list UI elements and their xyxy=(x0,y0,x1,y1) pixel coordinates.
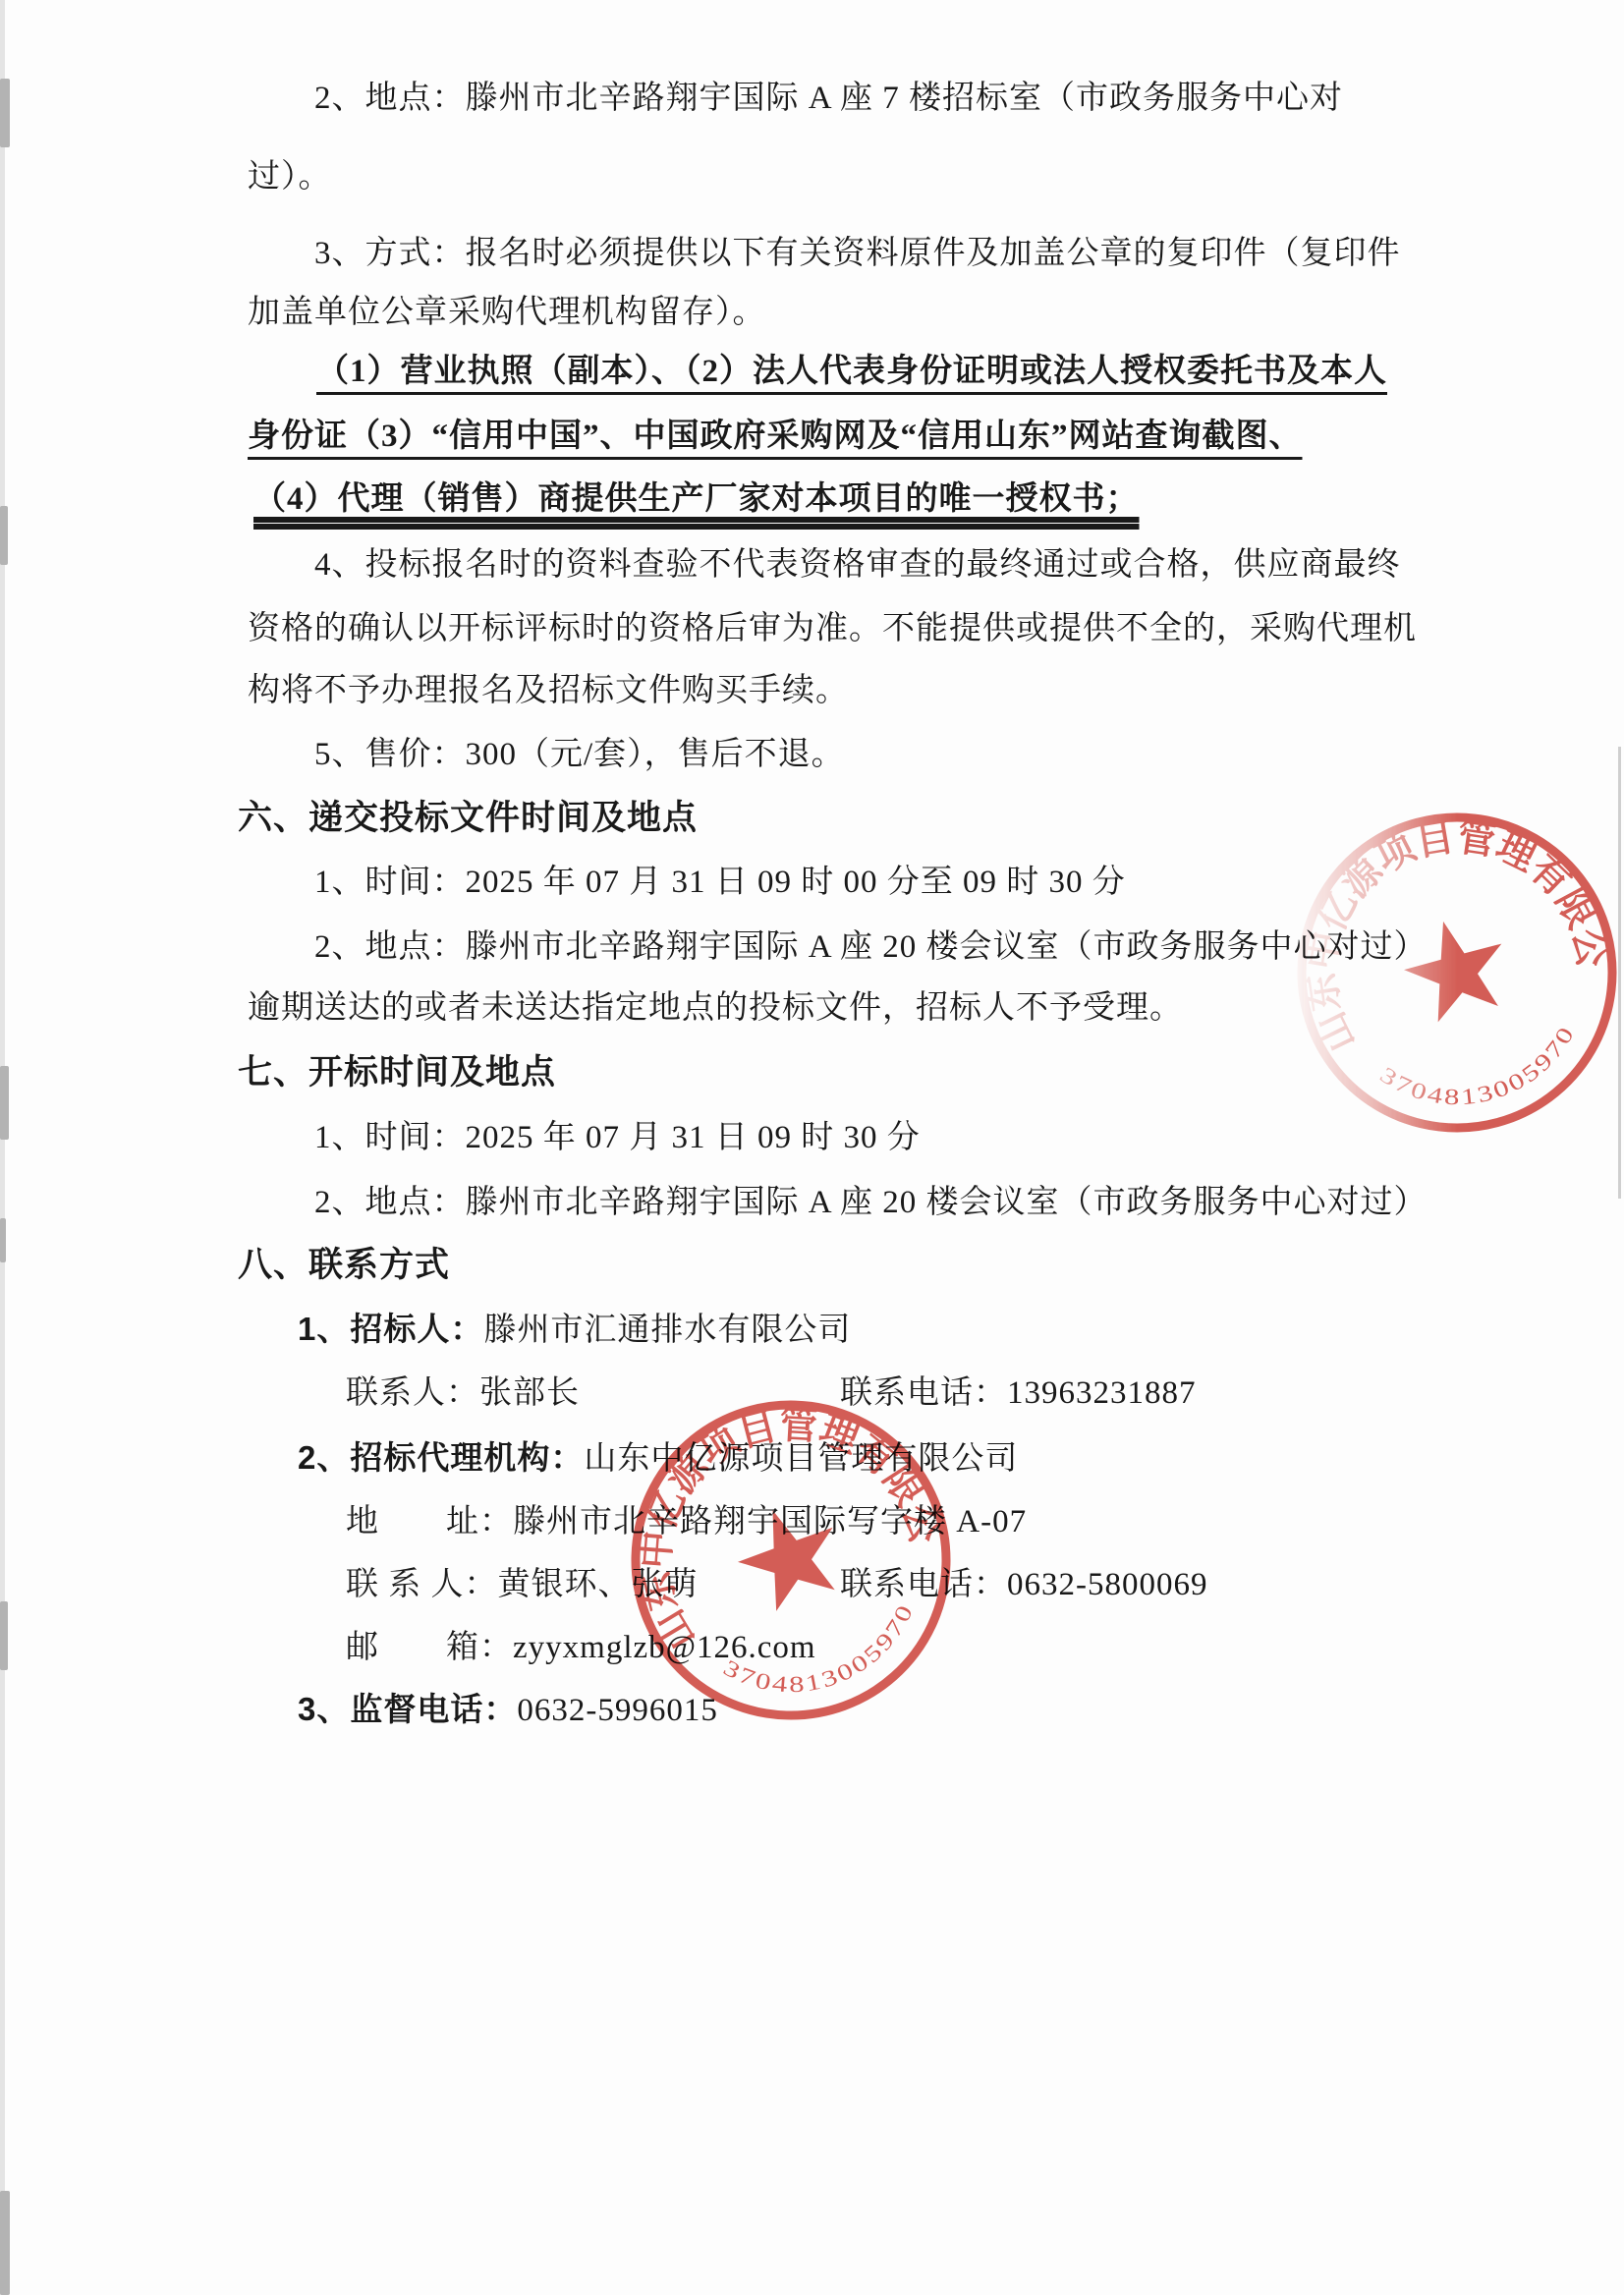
paragraph-line: 过）。 xyxy=(0,150,1624,203)
paragraph-line: 2、地点：滕州市北辛路翔宇国际 A 座 7 楼招标室（市政务服务中心对 xyxy=(0,72,1624,125)
stamp-star-icon xyxy=(725,1493,853,1618)
paragraph-line: 加盖单位公章采购代理机构留存）。 xyxy=(0,286,1624,339)
tenderer-row: 1、招标人：滕州市汇通排水有限公司 xyxy=(0,1303,1624,1356)
paragraph-line: 构将不予办理报名及招标文件购买手续。 xyxy=(0,664,1624,717)
paragraph-line: 5、售价：300（元/套），售后不退。 xyxy=(0,728,1624,781)
section7-location: 2、地点：滕州市北辛路翔宇国际 A 座 20 楼会议室（市政务服务中心对过） xyxy=(0,1176,1624,1229)
tenderer-contact: 联系人：张部长 xyxy=(346,1375,580,1411)
required-docs-line: 身份证（3）“信用中国”、中国政府采购网及“信用山东”网站查询截图、 xyxy=(0,410,1624,463)
required-docs-line: （1）营业执照（副本）、（2）法人代表身份证明或法人授权委托书及本人 xyxy=(0,345,1624,398)
stamp-star-icon xyxy=(1394,909,1517,1028)
required-docs-text: （4）代理（销售）商提供生产厂家对本项目的唯一授权书； xyxy=(253,481,1140,517)
paragraph-line: 4、投标报名时的资料查验不代表资格审查的最终通过或合格，供应商最终 xyxy=(0,538,1624,591)
section8-heading: 八、联系方式 xyxy=(0,1239,1624,1292)
document-page: 2、地点：滕州市北辛路翔宇国际 A 座 7 楼招标室（市政务服务中心对 过）。 … xyxy=(0,0,1624,2295)
supervision-label: 3、监督电话： xyxy=(298,1691,517,1727)
agency-label: 2、招标代理机构： xyxy=(298,1439,584,1476)
tenderer-name: 滕州市汇通排水有限公司 xyxy=(483,1313,851,1348)
required-docs-line: （4）代理（销售）商提供生产厂家对本项目的唯一授权书； xyxy=(0,473,1624,526)
tenderer-label: 1、招标人： xyxy=(298,1311,483,1347)
scan-artifact xyxy=(0,2191,10,2295)
required-docs-text: （1）营业执照（副本）、（2）法人代表身份证明或法人授权委托书及本人 xyxy=(316,354,1387,389)
paragraph-line: 3、方式：报名时必须提供以下有关资料原件及加盖公章的复印件（复印件 xyxy=(0,227,1624,280)
required-docs-text: 身份证（3）“信用中国”、中国政府采购网及“信用山东”网站查询截图、 xyxy=(248,419,1303,454)
paragraph-line: 资格的确认以开标评标时的资格后审为准。不能提供或提供不全的，采购代理机 xyxy=(0,602,1624,655)
